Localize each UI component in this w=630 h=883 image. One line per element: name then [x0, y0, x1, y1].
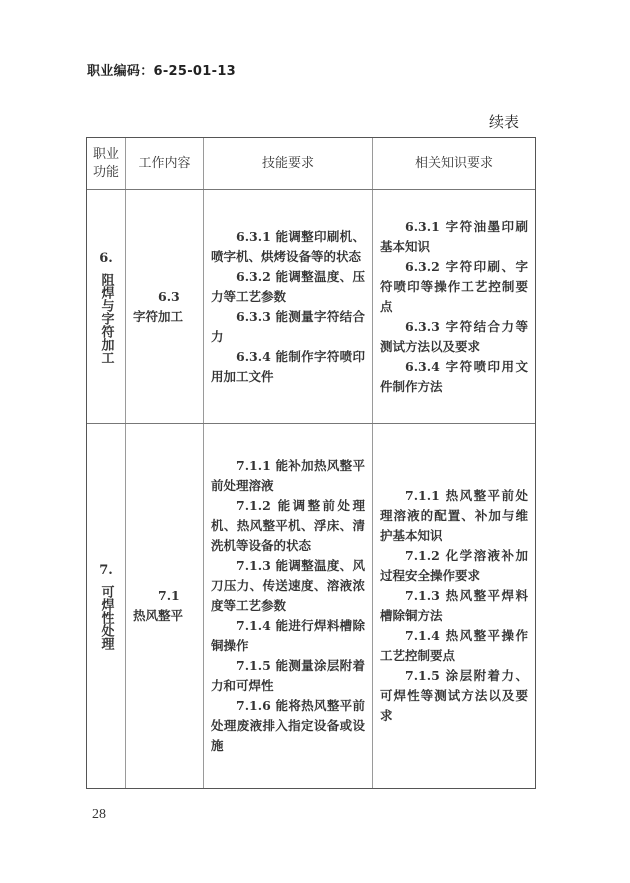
knowledge-item: 7.1.3 热风整平焊料槽除铜方法 [380, 586, 528, 626]
skill-item: 6.3.1 能调整印刷机、喷字机、烘烤设备等的状态 [211, 227, 365, 267]
row1-skill-requirements: 6.3.1 能调整印刷机、喷字机、烘烤设备等的状态 6.3.2 能调整温度、压力… [204, 191, 372, 423]
row1-function-number: 6. [99, 250, 113, 267]
row-divider [87, 423, 535, 424]
skill-item: 6.3.2 能调整温度、压力等工艺参数 [211, 267, 365, 307]
knowledge-item: 6.3.4 字符喷印用文件制作方法 [380, 357, 528, 397]
row1-knowledge-requirements: 6.3.1 字符油墨印刷基本知识 6.3.2 字符印刷、字符喷印等操作工艺控制要… [373, 191, 535, 423]
knowledge-item: 7.1.2 化学溶液补加过程安全操作要求 [380, 546, 528, 586]
row2-skill-requirements: 7.1.1 能补加热风整平前处理溶液 7.1.2 能调整前处理机、热风整平机、浮… [204, 425, 372, 787]
knowledge-item: 6.3.2 字符印刷、字符喷印等操作工艺控制要点 [380, 257, 528, 317]
skill-item: 7.1.2 能调整前处理机、热风整平机、浮床、清洗机等设备的状态 [211, 496, 365, 556]
skill-item: 7.1.5 能测量涂层附着力和可焊性 [211, 656, 365, 696]
row1-function: 6. 阻焊与字符加工 [87, 191, 125, 423]
header-function-line1: 职业 [93, 146, 119, 164]
header-function-line2: 功能 [93, 164, 119, 182]
row2-work-content-text: 7.1 热风整平 [133, 586, 196, 626]
header-skill-requirements: 技能要求 [204, 138, 372, 190]
row2-function-number: 7. [99, 562, 113, 579]
row1-work-content: 6.3 字符加工 [126, 191, 203, 423]
continued-label: 续表 [489, 111, 519, 132]
skill-item: 6.3.3 能测量字符结合力 [211, 307, 365, 347]
row2-function-name: 可焊性处理 [98, 585, 115, 650]
row2-knowledge-requirements: 7.1.1 热风整平前处理溶液的配置、补加与维护基本知识 7.1.2 化学溶液补… [373, 425, 535, 787]
skill-item: 6.3.4 能制作字符喷印用加工文件 [211, 347, 365, 387]
row2-work-content: 7.1 热风整平 [126, 425, 203, 787]
knowledge-item: 7.1.4 热风整平操作工艺控制要点 [380, 626, 528, 666]
row1-function-name: 阻焊与字符加工 [98, 273, 115, 364]
header-function: 职业 功能 [87, 138, 125, 190]
page-number: 28 [92, 807, 106, 823]
skills-table: 职业 功能 工作内容 技能要求 相关知识要求 6. 阻焊与字符加工 6.3 字符… [86, 137, 536, 789]
row1-work-content-text: 6.3 字符加工 [133, 287, 196, 327]
skill-item: 7.1.4 能进行焊料槽除铜操作 [211, 616, 365, 656]
occupation-code: 职业编码：6-25-01-13 [87, 60, 236, 79]
skill-item: 7.1.1 能补加热风整平前处理溶液 [211, 456, 365, 496]
row2-function: 7. 可焊性处理 [87, 425, 125, 787]
header-knowledge-requirements: 相关知识要求 [373, 138, 535, 190]
skill-item: 7.1.6 能将热风整平前处理废液排入指定设备或设施 [211, 696, 365, 756]
header-work-content: 工作内容 [126, 138, 203, 190]
knowledge-item: 7.1.1 热风整平前处理溶液的配置、补加与维护基本知识 [380, 486, 528, 546]
knowledge-item: 6.3.3 字符结合力等测试方法以及要求 [380, 317, 528, 357]
skill-item: 7.1.3 能调整温度、风刀压力、传送速度、溶液浓度等工艺参数 [211, 556, 365, 616]
knowledge-item: 7.1.5 涂层附着力、可焊性等测试方法以及要求 [380, 666, 528, 726]
knowledge-item: 6.3.1 字符油墨印刷基本知识 [380, 217, 528, 257]
